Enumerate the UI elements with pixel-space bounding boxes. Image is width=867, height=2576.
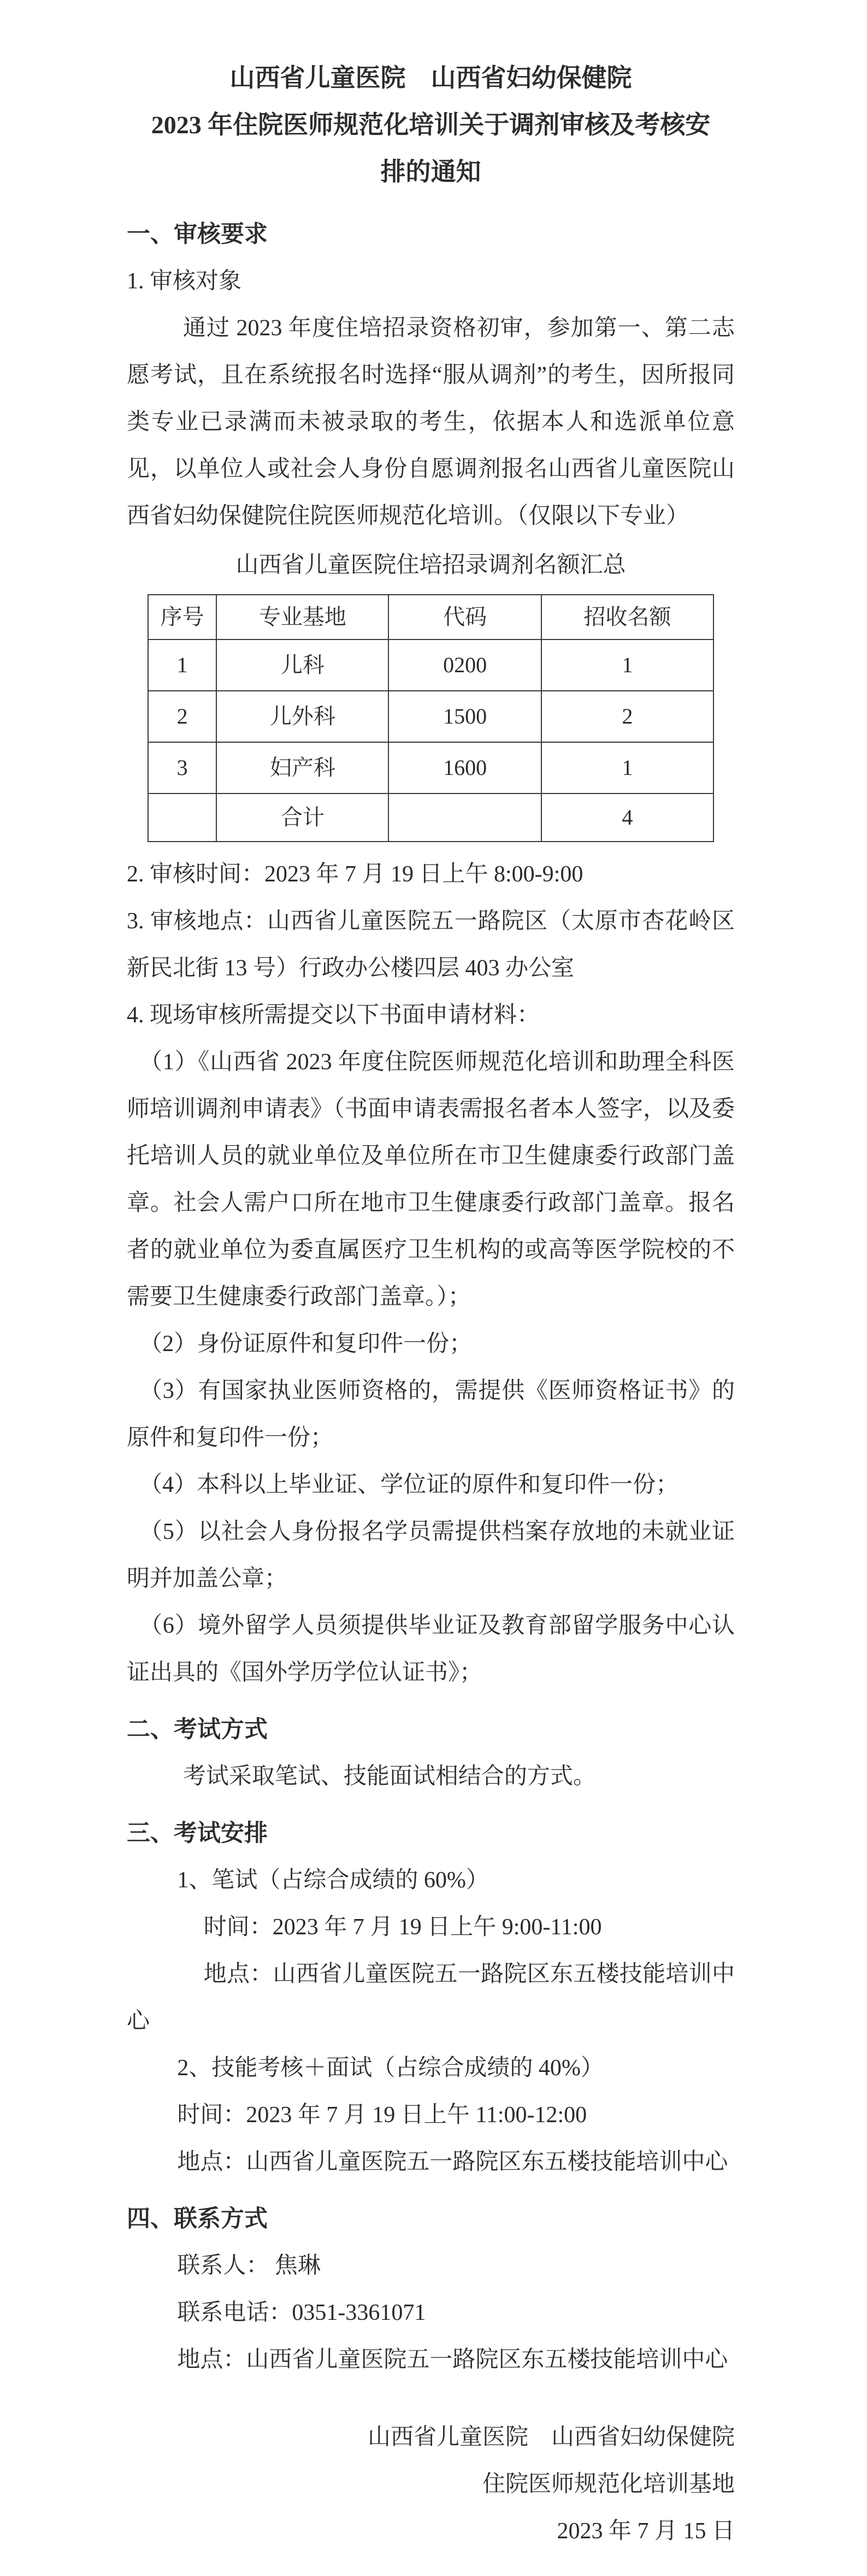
quota-cell-r2-quota: 2: [541, 691, 713, 742]
skill-exam-time: 时间：2023 年 7 月 19 日上午 11:00-12:00: [127, 2092, 735, 2139]
quota-table-header-base: 专业基地: [216, 595, 388, 639]
document-title-line-2: 2023 年住院医师规范化培训关于调剂审核及考核安: [127, 102, 735, 149]
quota-cell-r3-index: 3: [148, 742, 216, 793]
quota-cell-r3-quota: 1: [541, 742, 713, 793]
signature-org-line-1: 山西省儿童医院 山西省妇幼保健院: [127, 2414, 735, 2461]
material-item-6: （6）境外留学人员须提供毕业证及教育部留学服务中心认证出具的《国外学历学位认证书…: [127, 1602, 735, 1696]
quota-table: 序号 专业基地 代码 招收名额 1 儿科 0200 1 2 儿外科 1500 2…: [148, 594, 714, 842]
written-exam-time: 时间：2023 年 7 月 19 日上午 9:00-11:00: [127, 1904, 735, 1951]
quota-cell-r1-code: 0200: [388, 639, 541, 691]
quota-table-title: 山西省儿童医院住培招录调剂名额汇总: [127, 542, 735, 589]
material-item-5: （5）以社会人身份报名学员需提供档案存放地的未就业证明并加盖公章；: [127, 1508, 735, 1602]
quota-cell-r1-base: 儿科: [216, 639, 388, 691]
quota-cell-total-base: 合计: [216, 793, 388, 842]
contact-person: 联系人： 焦琳: [127, 2242, 735, 2289]
quota-cell-r2-base: 儿外科: [216, 691, 388, 742]
quota-table-row-pediatric-surgery: 2 儿外科 1500 2: [148, 691, 713, 742]
material-item-2: （2）身份证原件和复印件一份；: [127, 1320, 735, 1367]
quota-cell-r2-index: 2: [148, 691, 216, 742]
exam-method-body: 考试采取笔试、技能面试相结合的方式。: [127, 1753, 735, 1800]
signature-org-line-2: 住院医师规范化培训基地: [127, 2461, 735, 2508]
section-heading-contact: 四、联系方式: [127, 2195, 735, 2242]
quota-cell-total-code: [388, 793, 541, 842]
quota-table-row-total: 合计 4: [148, 793, 713, 842]
section-heading-exam-schedule: 三、考试安排: [127, 1810, 735, 1857]
material-item-3: （3）有国家执业医师资格的，需提供《医师资格证书》的原件和复印件一份；: [127, 1367, 735, 1461]
quota-cell-total-quota: 4: [541, 793, 713, 842]
quota-cell-r3-code: 1600: [388, 742, 541, 793]
written-exam-label: 1、笔试（占综合成绩的 60%）: [127, 1857, 735, 1904]
quota-table-header-quota: 招收名额: [541, 595, 713, 639]
signature-date: 2023 年 7 月 15 日: [127, 2508, 735, 2555]
skill-exam-place: 地点：山西省儿童医院五一路院区东五楼技能培训中心: [127, 2139, 735, 2186]
skill-exam-label: 2、技能考核＋面试（占综合成绩的 40%）: [127, 2045, 735, 2092]
document-title: 山西省儿童医院 山西省妇幼保健院 2023 年住院医师规范化培训关于调剂审核及考…: [127, 55, 735, 196]
review-target-label: 1. 审核对象: [127, 258, 735, 305]
quota-table-row-pediatrics: 1 儿科 0200 1: [148, 639, 713, 691]
materials-intro-item: 4. 现场审核所需提交以下书面申请材料：: [127, 992, 735, 1039]
review-place-item: 3. 审核地点：山西省儿童医院五一路院区（太原市杏花岭区新民北街 13 号）行政…: [127, 898, 735, 992]
section-heading-review-requirements: 一、审核要求: [127, 211, 735, 258]
quota-table-row-obstetrics: 3 妇产科 1600 1: [148, 742, 713, 793]
quota-table-header-code: 代码: [388, 595, 541, 639]
material-item-1: （1）《山西省 2023 年度住院医师规范化培训和助理全科医师培训调剂申请表》（…: [127, 1039, 735, 1320]
written-exam-place: 地点：山西省儿童医院五一路院区东五楼技能培训中心: [127, 1951, 735, 2045]
notice-document: 山西省儿童医院 山西省妇幼保健院 2023 年住院医师规范化培训关于调剂审核及考…: [0, 0, 867, 2576]
document-title-line-3: 排的通知: [127, 149, 735, 196]
quota-table-header-row: 序号 专业基地 代码 招收名额: [148, 595, 713, 639]
quota-cell-total-index: [148, 793, 216, 842]
contact-phone: 联系电话：0351-3361071: [127, 2289, 735, 2336]
quota-table-header-index: 序号: [148, 595, 216, 639]
quota-cell-r1-quota: 1: [541, 639, 713, 691]
contact-place: 地点：山西省儿童医院五一路院区东五楼技能培训中心: [127, 2336, 735, 2383]
quota-cell-r3-base: 妇产科: [216, 742, 388, 793]
section-heading-exam-method: 二、考试方式: [127, 1706, 735, 1753]
quota-cell-r1-index: 1: [148, 639, 216, 691]
signature-block: 山西省儿童医院 山西省妇幼保健院 住院医师规范化培训基地 2023 年 7 月 …: [127, 2414, 735, 2555]
review-time-item: 2. 审核时间：2023 年 7 月 19 日上午 8:00-9:00: [127, 851, 735, 898]
quota-cell-r2-code: 1500: [388, 691, 541, 742]
review-target-paragraph: 通过 2023 年度住培招录资格初审，参加第一、第二志愿考试，且在系统报名时选择…: [127, 305, 735, 540]
material-item-4: （4）本科以上毕业证、学位证的原件和复印件一份；: [127, 1461, 735, 1508]
document-title-line-1: 山西省儿童医院 山西省妇幼保健院: [127, 55, 735, 102]
